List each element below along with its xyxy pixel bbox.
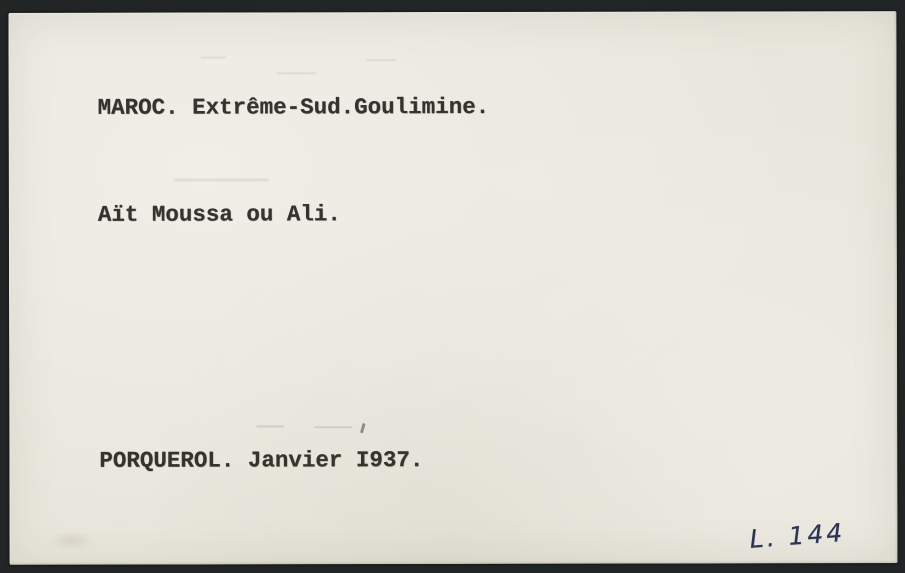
region-heading-line: MAROC. Extrême-Sud.Goulimine. (98, 95, 490, 122)
paper-smear (48, 531, 96, 551)
reference-number: L. 144 (749, 518, 846, 554)
erased-text-smudge (367, 59, 397, 61)
ink-tick-mark (360, 423, 366, 433)
erased-text-smudge (314, 426, 352, 428)
subject-line: Aït Moussa ou Ali. (98, 202, 341, 228)
erased-text-smudge (256, 425, 284, 427)
index-card: MAROC. Extrême-Sud.Goulimine. Aït Moussa… (8, 11, 897, 565)
erased-text-smudge (277, 72, 317, 74)
scan-background-mat: MAROC. Extrême-Sud.Goulimine. Aït Moussa… (0, 0, 905, 573)
erased-text-smudge (174, 178, 269, 181)
erased-text-smudge (201, 56, 227, 58)
photographer-date-line: PORQUEROL. Janvier I937. (99, 448, 423, 475)
